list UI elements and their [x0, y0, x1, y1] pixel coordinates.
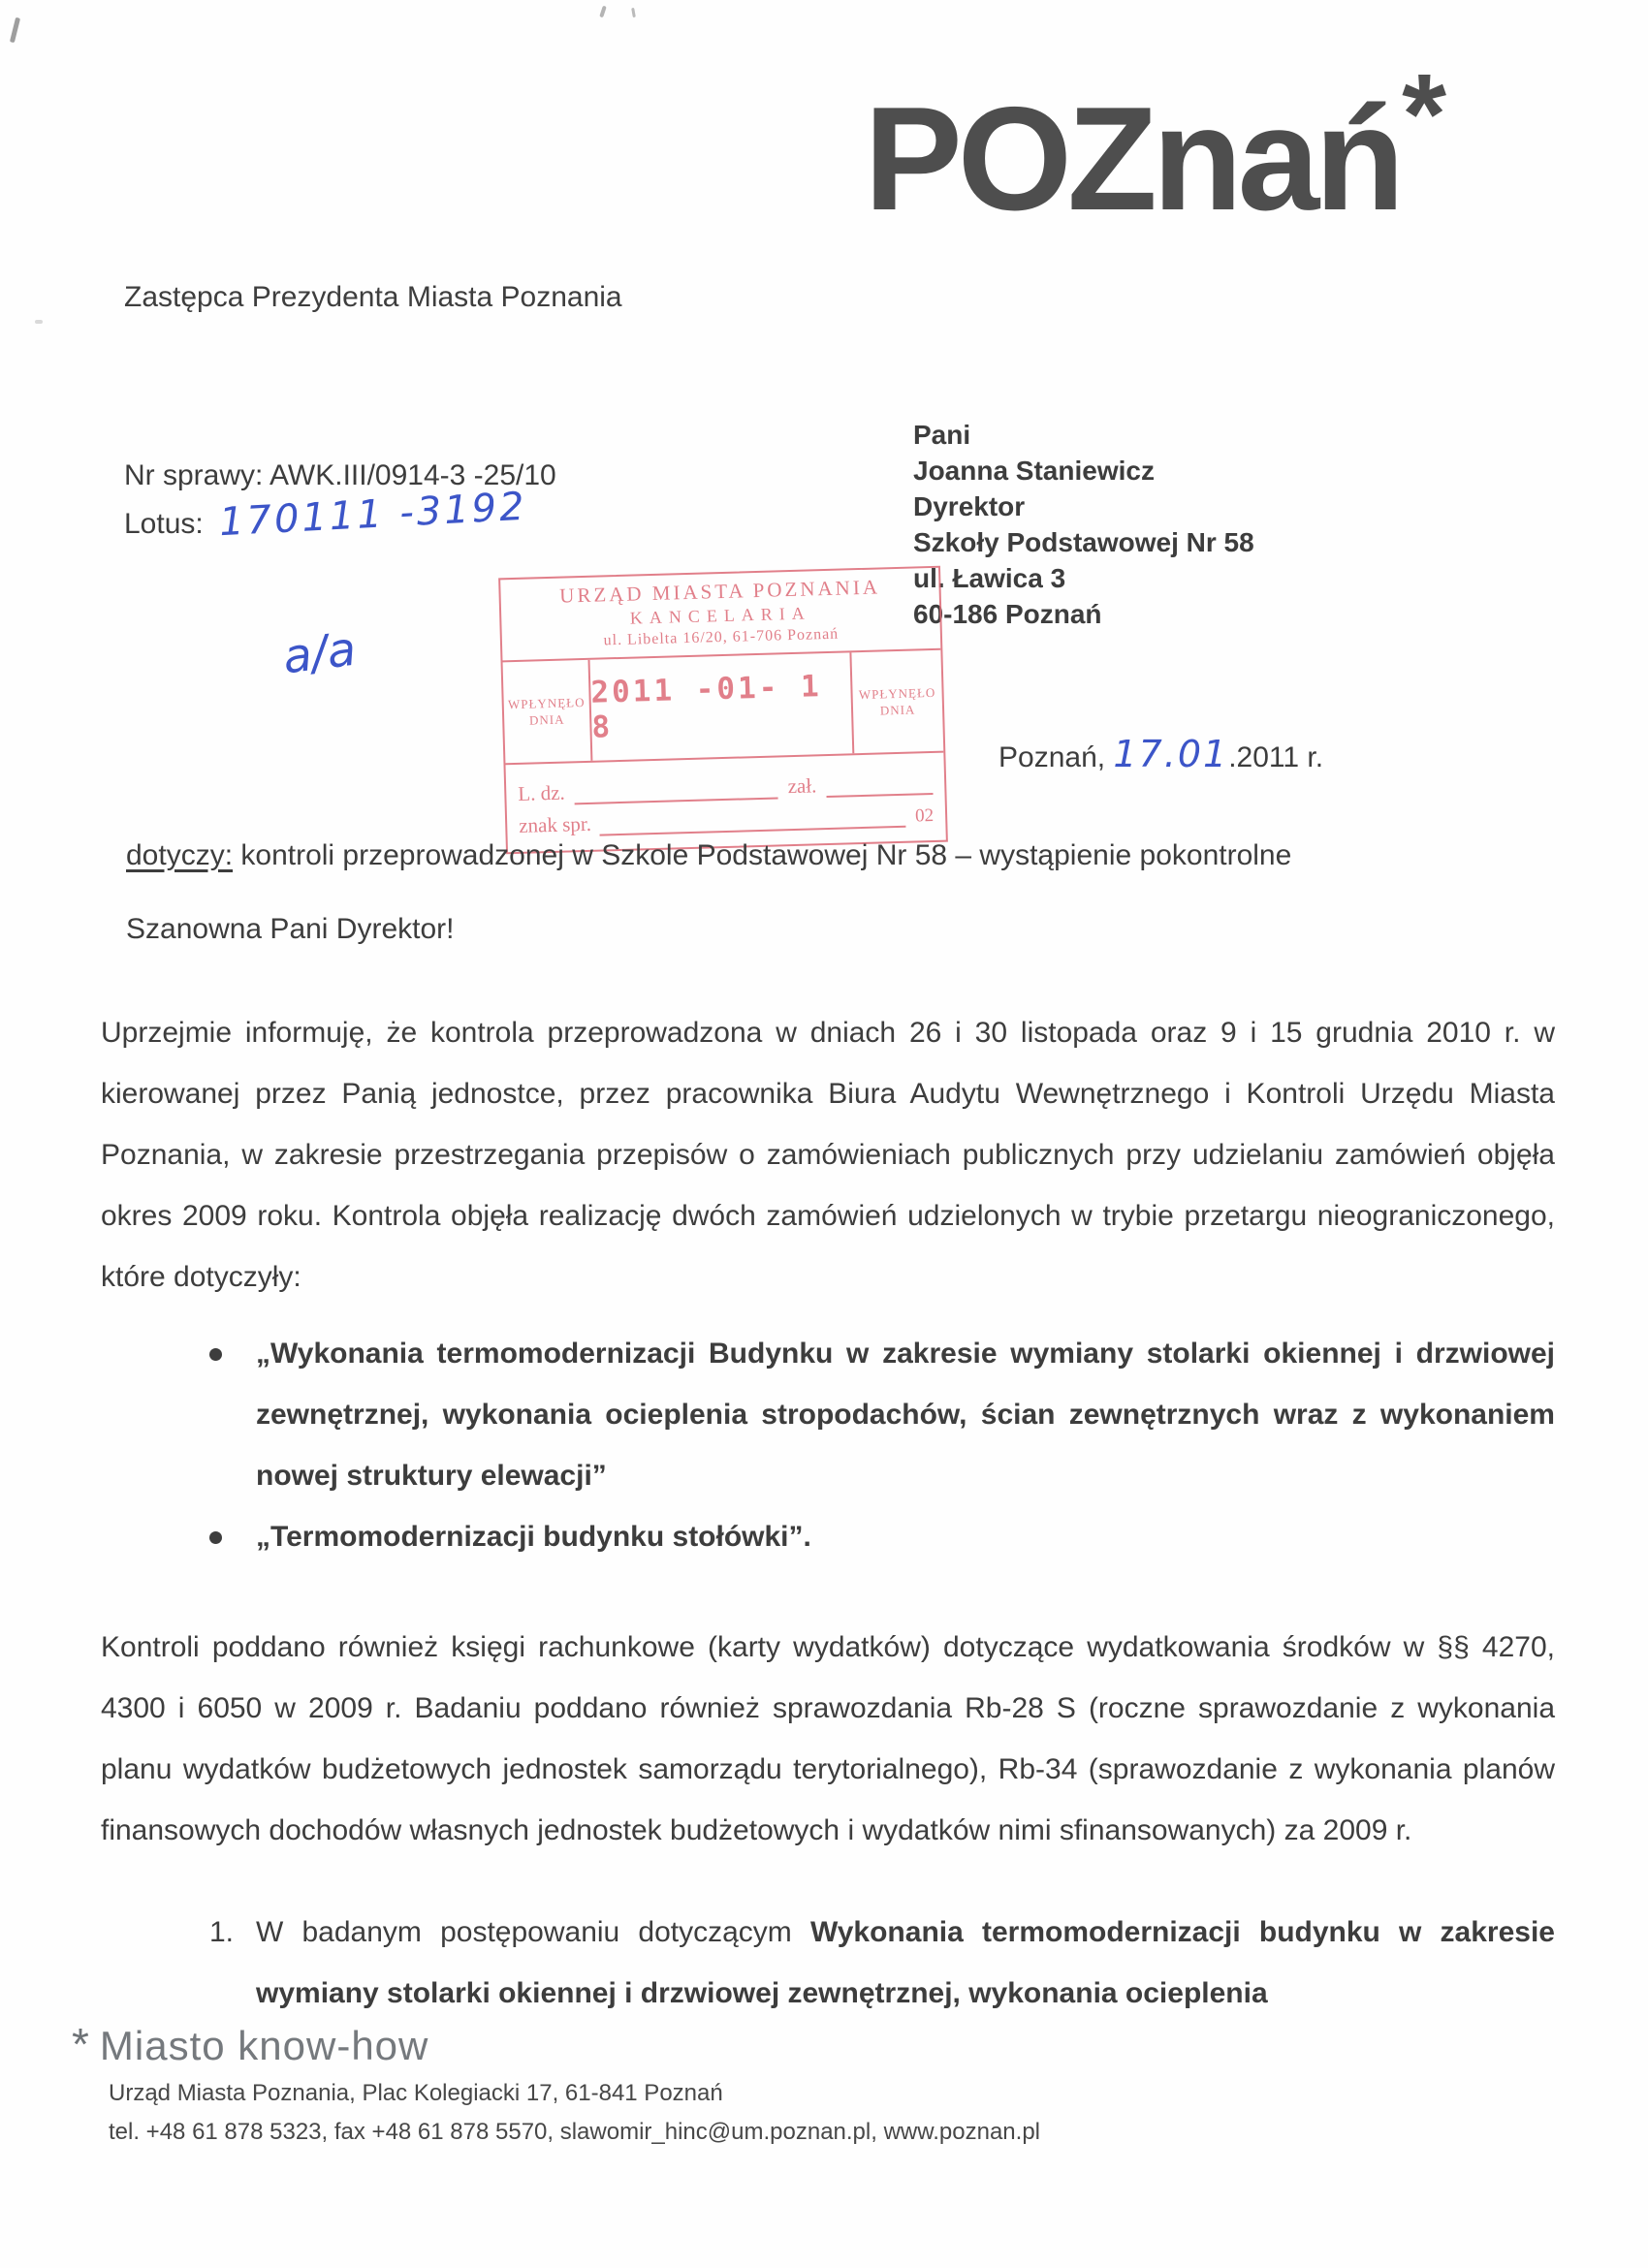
stamp-znak-label: znak spr. [519, 812, 591, 838]
numbered-item-normal-text: W badanym postępowaniu dotyczącym [256, 1916, 810, 1948]
lotus-label: Lotus: [124, 508, 204, 541]
subject-text: kontroli przeprowadzonej w Szkole Podsta… [233, 839, 1291, 871]
stamp-corner-number: 02 [913, 805, 935, 828]
letter-body: Uprzejmie informuję, że kontrola przepro… [101, 1002, 1555, 2024]
subject-label: dotyczy: [126, 839, 233, 871]
handwritten-day-month: 17.01 [1113, 733, 1228, 775]
aa-handwritten-note: a/a [280, 622, 359, 685]
stamp-received-word: DNIA [504, 710, 589, 729]
lotus-handwritten-number: 170111 -3192 [218, 485, 528, 546]
bullet-item-1: „Wykonania termomodernizacji Budynku w z… [101, 1323, 1555, 1506]
date-city: Poznań, [998, 741, 1113, 773]
salutation: Szanowna Pani Dyrektor! [126, 913, 455, 946]
office-receipt-stamp: URZĄD MIASTA POZNANIA KANCELARIA ul. Lib… [498, 566, 948, 855]
footer-address: Urząd Miasta Poznania, Plac Kolegiacki 1… [109, 2080, 723, 2107]
stamp-blank-line [599, 804, 906, 836]
stamp-ldz-row: L. dz. zał. [518, 771, 934, 806]
contract-bullet-list: „Wykonania termomodernizacji Budynku w z… [101, 1323, 1555, 1567]
stamp-blank-line [574, 775, 778, 804]
stamp-date-band: WPŁYNĘŁO DNIA 2011 -01- 1 8 WPŁYNĘŁO DNI… [503, 650, 944, 766]
findings-numbered-list: 1. W badanym postępowaniu dotyczącym Wyk… [101, 1902, 1555, 2024]
numbered-item-1: 1. W badanym postępowaniu dotyczącym Wyk… [101, 1902, 1555, 2024]
stamp-ldz-label: L. dz. [518, 781, 565, 806]
date-line: Poznań, 17.01.2011 r. [998, 733, 1323, 775]
footer-contact: tel. +48 61 878 5323, fax +48 61 878 557… [109, 2119, 1040, 2146]
recipient-line: 60-186 Poznań [913, 596, 1254, 632]
recipient-address-block: Pani Joanna Staniewicz Dyrektor Szkoły P… [913, 417, 1254, 632]
stamp-date: 2011 -01- 1 8 [590, 652, 853, 760]
poznan-city-logo: POZnań* [766, 85, 1444, 244]
poznan-logo-text: POZnań [864, 77, 1400, 241]
scanned-letter-page: POZnań* Zastępca Prezydenta Miasta Pozna… [0, 0, 1648, 2268]
brand-asterisk-icon: * [72, 2019, 90, 2069]
recipient-line: ul. Ławica 3 [913, 560, 1254, 596]
stamp-footer-fields: L. dz. zał. znak spr. 02 [505, 753, 945, 853]
paragraph-1: Uprzejmie informuję, że kontrola przepro… [101, 1002, 1555, 1307]
sender-title: Zastępca Prezydenta Miasta Poznania [124, 281, 622, 314]
paragraph-2: Kontroli poddano również księgi rachunko… [101, 1617, 1555, 1861]
bullet-item-2: „Termomodernizacji budynku stołówki”. [101, 1506, 1555, 1567]
stamp-received-right: WPŁYNĘŁO DNIA [849, 650, 943, 754]
scan-artifact [35, 320, 43, 324]
scan-artifact [631, 8, 636, 17]
stamp-header: URZĄD MIASTA POZNANIA KANCELARIA ul. Lib… [500, 568, 940, 663]
scan-artifact [599, 6, 607, 18]
subject-line: dotyczy: kontroli przeprowadzonej w Szko… [126, 839, 1291, 872]
date-year: .2011 r. [1228, 741, 1323, 773]
stamp-received-word: DNIA [853, 701, 942, 720]
brand-text: Miasto know-how [100, 2023, 428, 2068]
recipient-line: Szkoły Podstawowej Nr 58 [913, 524, 1254, 560]
recipient-line: Joanna Staniewicz [913, 453, 1254, 488]
stamp-blank-line [826, 772, 933, 798]
asterisk-icon: * [1402, 41, 1446, 188]
item-number: 1. [209, 1902, 234, 1963]
scan-artifact [10, 17, 20, 43]
stamp-znak-row: znak spr. 02 [519, 803, 935, 838]
stamp-received-left: WPŁYNĘŁO DNIA [503, 660, 593, 763]
recipient-line: Pani [913, 417, 1254, 453]
recipient-line: Dyrektor [913, 488, 1254, 524]
miasto-know-how-brand: *Miasto know-how [72, 2018, 428, 2070]
stamp-zal-label: zał. [787, 773, 816, 799]
